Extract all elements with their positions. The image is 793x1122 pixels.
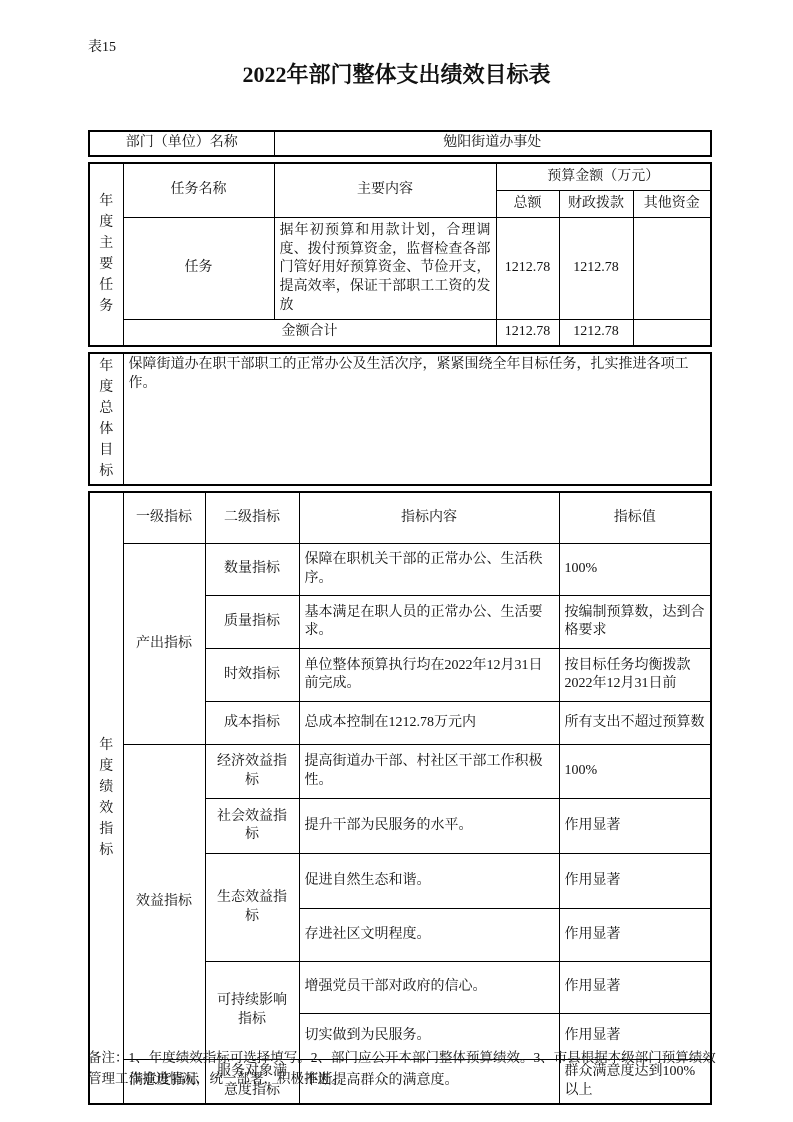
- content-cell: 增强党员干部对政府的信心。: [299, 962, 559, 1014]
- sheet: 表15 2022年部门整体支出绩效目标表 部门（单位）名称 勉阳街道办事处 年度…: [0, 0, 793, 1122]
- content-cell: 基本满足在职人员的正常办公、生活要求。: [299, 596, 559, 649]
- indicator-row: 效益指标 经济效益指标 提高街道办干部、村社区干部工作积极性。 100%: [89, 745, 711, 799]
- indicators-header-row: 年度绩效指标 一级指标 二级指标 指标内容 指标值: [89, 492, 711, 544]
- l2-cell: 数量指标: [205, 544, 299, 596]
- value-cell: 100%: [559, 544, 711, 596]
- content-cell: 总成本控制在1212.78万元内: [299, 702, 559, 745]
- budget-other-header: 其他资金: [633, 191, 711, 218]
- content-cell: 单位整体预算执行均在2022年12月31日前完成。: [299, 649, 559, 702]
- l2-cell: 可持续影响指标: [205, 962, 299, 1060]
- task-row: 任务 据年初预算和用款计划，合理调度、拨付预算资金，监督检查各部门管好用好预算资…: [89, 218, 711, 320]
- budget-total-header: 总额: [496, 191, 559, 218]
- main-content-header: 主要内容: [274, 163, 496, 218]
- sum-row: 金额合计 1212.78 1212.78: [89, 320, 711, 346]
- l2-cell: 成本指标: [205, 702, 299, 745]
- value-cell: 作用显著: [559, 799, 711, 854]
- value-cell: 所有支出不超过预算数: [559, 702, 711, 745]
- annual-goal-label-text: 年度总体目标: [99, 356, 114, 482]
- footnote: 备注：1、年度绩效指标可选择填写。2、部门应公开本部门整体预算绩效。3、市县根据…: [88, 1048, 720, 1090]
- l1-header: 一级指标: [123, 492, 205, 544]
- value-cell: 按目标任务均衡拨款2022年12月31日前: [559, 649, 711, 702]
- content-header: 指标内容: [299, 492, 559, 544]
- goal-row: 年度总体目标 保障街道办在职干部职工的正常办公及生活次序，紧紧围绕全年目标任务，…: [89, 353, 711, 485]
- task-fiscal-cell: 1212.78: [559, 218, 633, 320]
- value-header: 指标值: [559, 492, 711, 544]
- page-title: 2022年部门整体支出绩效目标表: [0, 58, 793, 89]
- value-cell: 作用显著: [559, 854, 711, 909]
- annual-performance-label: 年度绩效指标: [89, 492, 123, 1104]
- goal-table: 年度总体目标 保障街道办在职干部职工的正常办公及生活次序，紧紧围绕全年目标任务，…: [88, 352, 712, 486]
- tasks-header-row-1: 年度主要任务 任务名称 主要内容 预算金额（万元）: [89, 163, 711, 191]
- annual-tasks-label: 年度主要任务: [89, 163, 123, 346]
- content-cell: 提高街道办干部、村社区干部工作积极性。: [299, 745, 559, 799]
- l2-header: 二级指标: [205, 492, 299, 544]
- indicators-table: 年度绩效指标 一级指标 二级指标 指标内容 指标值 产出指标 数量指标 保障在职…: [88, 491, 712, 1105]
- dept-row: 部门（单位）名称 勉阳街道办事处: [89, 131, 711, 156]
- content-cell: 保障在职机关干部的正常办公、生活秩序。: [299, 544, 559, 596]
- content-cell: 促进自然生态和谐。: [299, 854, 559, 909]
- dept-name-label: 部门（单位）名称: [89, 131, 274, 156]
- value-cell: 100%: [559, 745, 711, 799]
- budget-fiscal-header: 财政拨款: [559, 191, 633, 218]
- dept-name-value: 勉阳街道办事处: [274, 131, 711, 156]
- l2-cell: 时效指标: [205, 649, 299, 702]
- l2-cell: 生态效益指标: [205, 854, 299, 962]
- task-name-header: 任务名称: [123, 163, 274, 218]
- annual-goal-content: 保障街道办在职干部职工的正常办公及生活次序，紧紧围绕全年目标任务，扎实推进各项工…: [123, 353, 711, 485]
- l2-cell: 质量指标: [205, 596, 299, 649]
- annual-performance-label-text: 年度绩效指标: [99, 735, 114, 861]
- dept-table: 部门（单位）名称 勉阳街道办事处: [88, 130, 712, 157]
- tasks-table: 年度主要任务 任务名称 主要内容 预算金额（万元） 总额 财政拨款 其他资金 任…: [88, 162, 712, 347]
- annual-tasks-label-text: 年度主要任务: [99, 191, 114, 317]
- tables-container: 部门（单位）名称 勉阳街道办事处 年度主要任务 任务名称 主要内容 预算金额（万…: [88, 130, 712, 1110]
- budget-group-header: 预算金额（万元）: [496, 163, 711, 191]
- sum-label-cell: 金额合计: [123, 320, 496, 346]
- sum-fiscal-cell: 1212.78: [559, 320, 633, 346]
- value-cell: 按编制预算数，达到合格要求: [559, 596, 711, 649]
- task-content-cell: 据年初预算和用款计划，合理调度、拨付预算资金，监督检查各部门管好用好预算资金、节…: [274, 218, 496, 320]
- value-cell: 作用显著: [559, 909, 711, 962]
- l1-cell: 效益指标: [123, 745, 205, 1060]
- l1-cell: 产出指标: [123, 544, 205, 745]
- content-cell: 存进社区文明程度。: [299, 909, 559, 962]
- table-number-label: 表15: [88, 36, 116, 56]
- task-name-cell: 任务: [123, 218, 274, 320]
- task-other-cell: [633, 218, 711, 320]
- sum-total-cell: 1212.78: [496, 320, 559, 346]
- sum-other-cell: [633, 320, 711, 346]
- value-cell: 作用显著: [559, 962, 711, 1014]
- annual-goal-label: 年度总体目标: [89, 353, 123, 485]
- l2-cell: 社会效益指标: [205, 799, 299, 854]
- task-total-cell: 1212.78: [496, 218, 559, 320]
- content-cell: 提升干部为民服务的水平。: [299, 799, 559, 854]
- l2-cell: 经济效益指标: [205, 745, 299, 799]
- indicator-row: 产出指标 数量指标 保障在职机关干部的正常办公、生活秩序。 100%: [89, 544, 711, 596]
